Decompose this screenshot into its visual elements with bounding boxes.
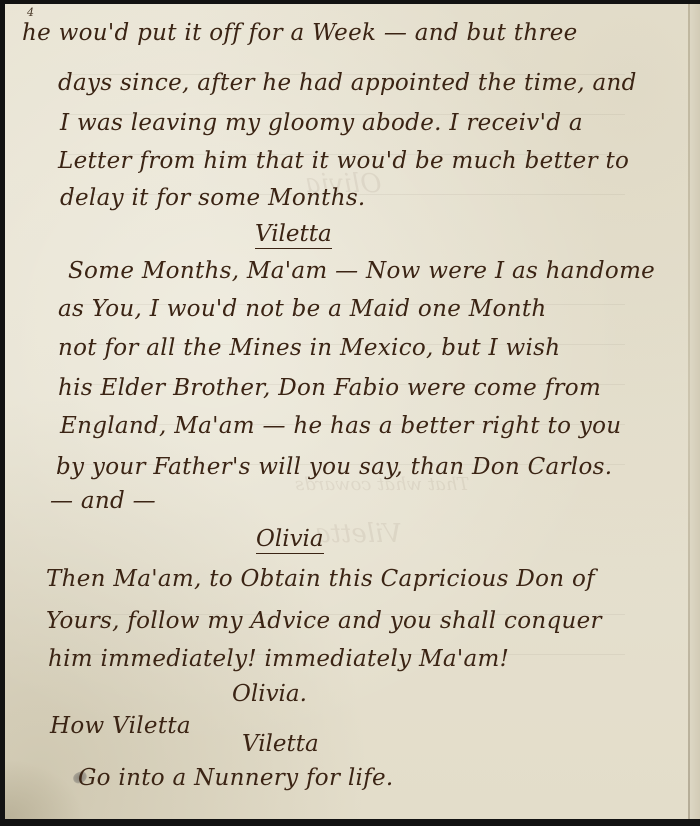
speaker-name: Viletta <box>242 733 319 756</box>
corner-shadow <box>5 759 85 819</box>
binding-line <box>688 4 690 819</box>
page-number: 4 <box>27 6 34 19</box>
image-frame: Olivia Viletta That what cowards 4 he wo… <box>0 0 700 826</box>
manuscript-line: by your Father's will you say, than Don … <box>56 456 612 479</box>
manuscript-line: Go into a Nunnery for life. <box>78 767 394 790</box>
manuscript-line: I was leaving my gloomy abode. I receiv'… <box>60 112 583 135</box>
manuscript-line: not for all the Mines in Mexico, but I w… <box>58 337 560 360</box>
speaker-name: Olivia. <box>232 683 307 706</box>
manuscript-line: — and — <box>50 490 156 513</box>
manuscript-line: him immediately! immediately Ma'am! <box>48 648 509 671</box>
manuscript-line: Then Ma'am, to Obtain this Capricious Do… <box>46 568 595 591</box>
manuscript-line: Letter from him that it wou'd be much be… <box>58 150 629 173</box>
manuscript-line: his Elder Brother, Don Fabio were come f… <box>58 377 601 400</box>
manuscript-line: Some Months, Ma'am — Now were I as hando… <box>68 260 655 283</box>
manuscript-line: England, Ma'am — he has a better right t… <box>60 415 621 438</box>
manuscript-line: days since, after he had appointed the t… <box>58 72 637 95</box>
manuscript-line: as You, I wou'd not be a Maid one Month <box>58 298 546 321</box>
bleed-through-text: Viletta <box>315 519 402 549</box>
manuscript-line: he wou'd put it off for a Week — and but… <box>22 22 578 45</box>
speaker-name: Viletta <box>255 223 332 249</box>
manuscript-line: Yours, follow my Advice and you shall co… <box>46 610 602 633</box>
speaker-name: Olivia <box>256 528 324 554</box>
manuscript-line: How Viletta <box>50 715 191 738</box>
manuscript-line: delay it for some Months. <box>60 187 366 210</box>
binding-edge <box>690 4 700 819</box>
manuscript-page: Olivia Viletta That what cowards 4 he wo… <box>5 4 700 819</box>
